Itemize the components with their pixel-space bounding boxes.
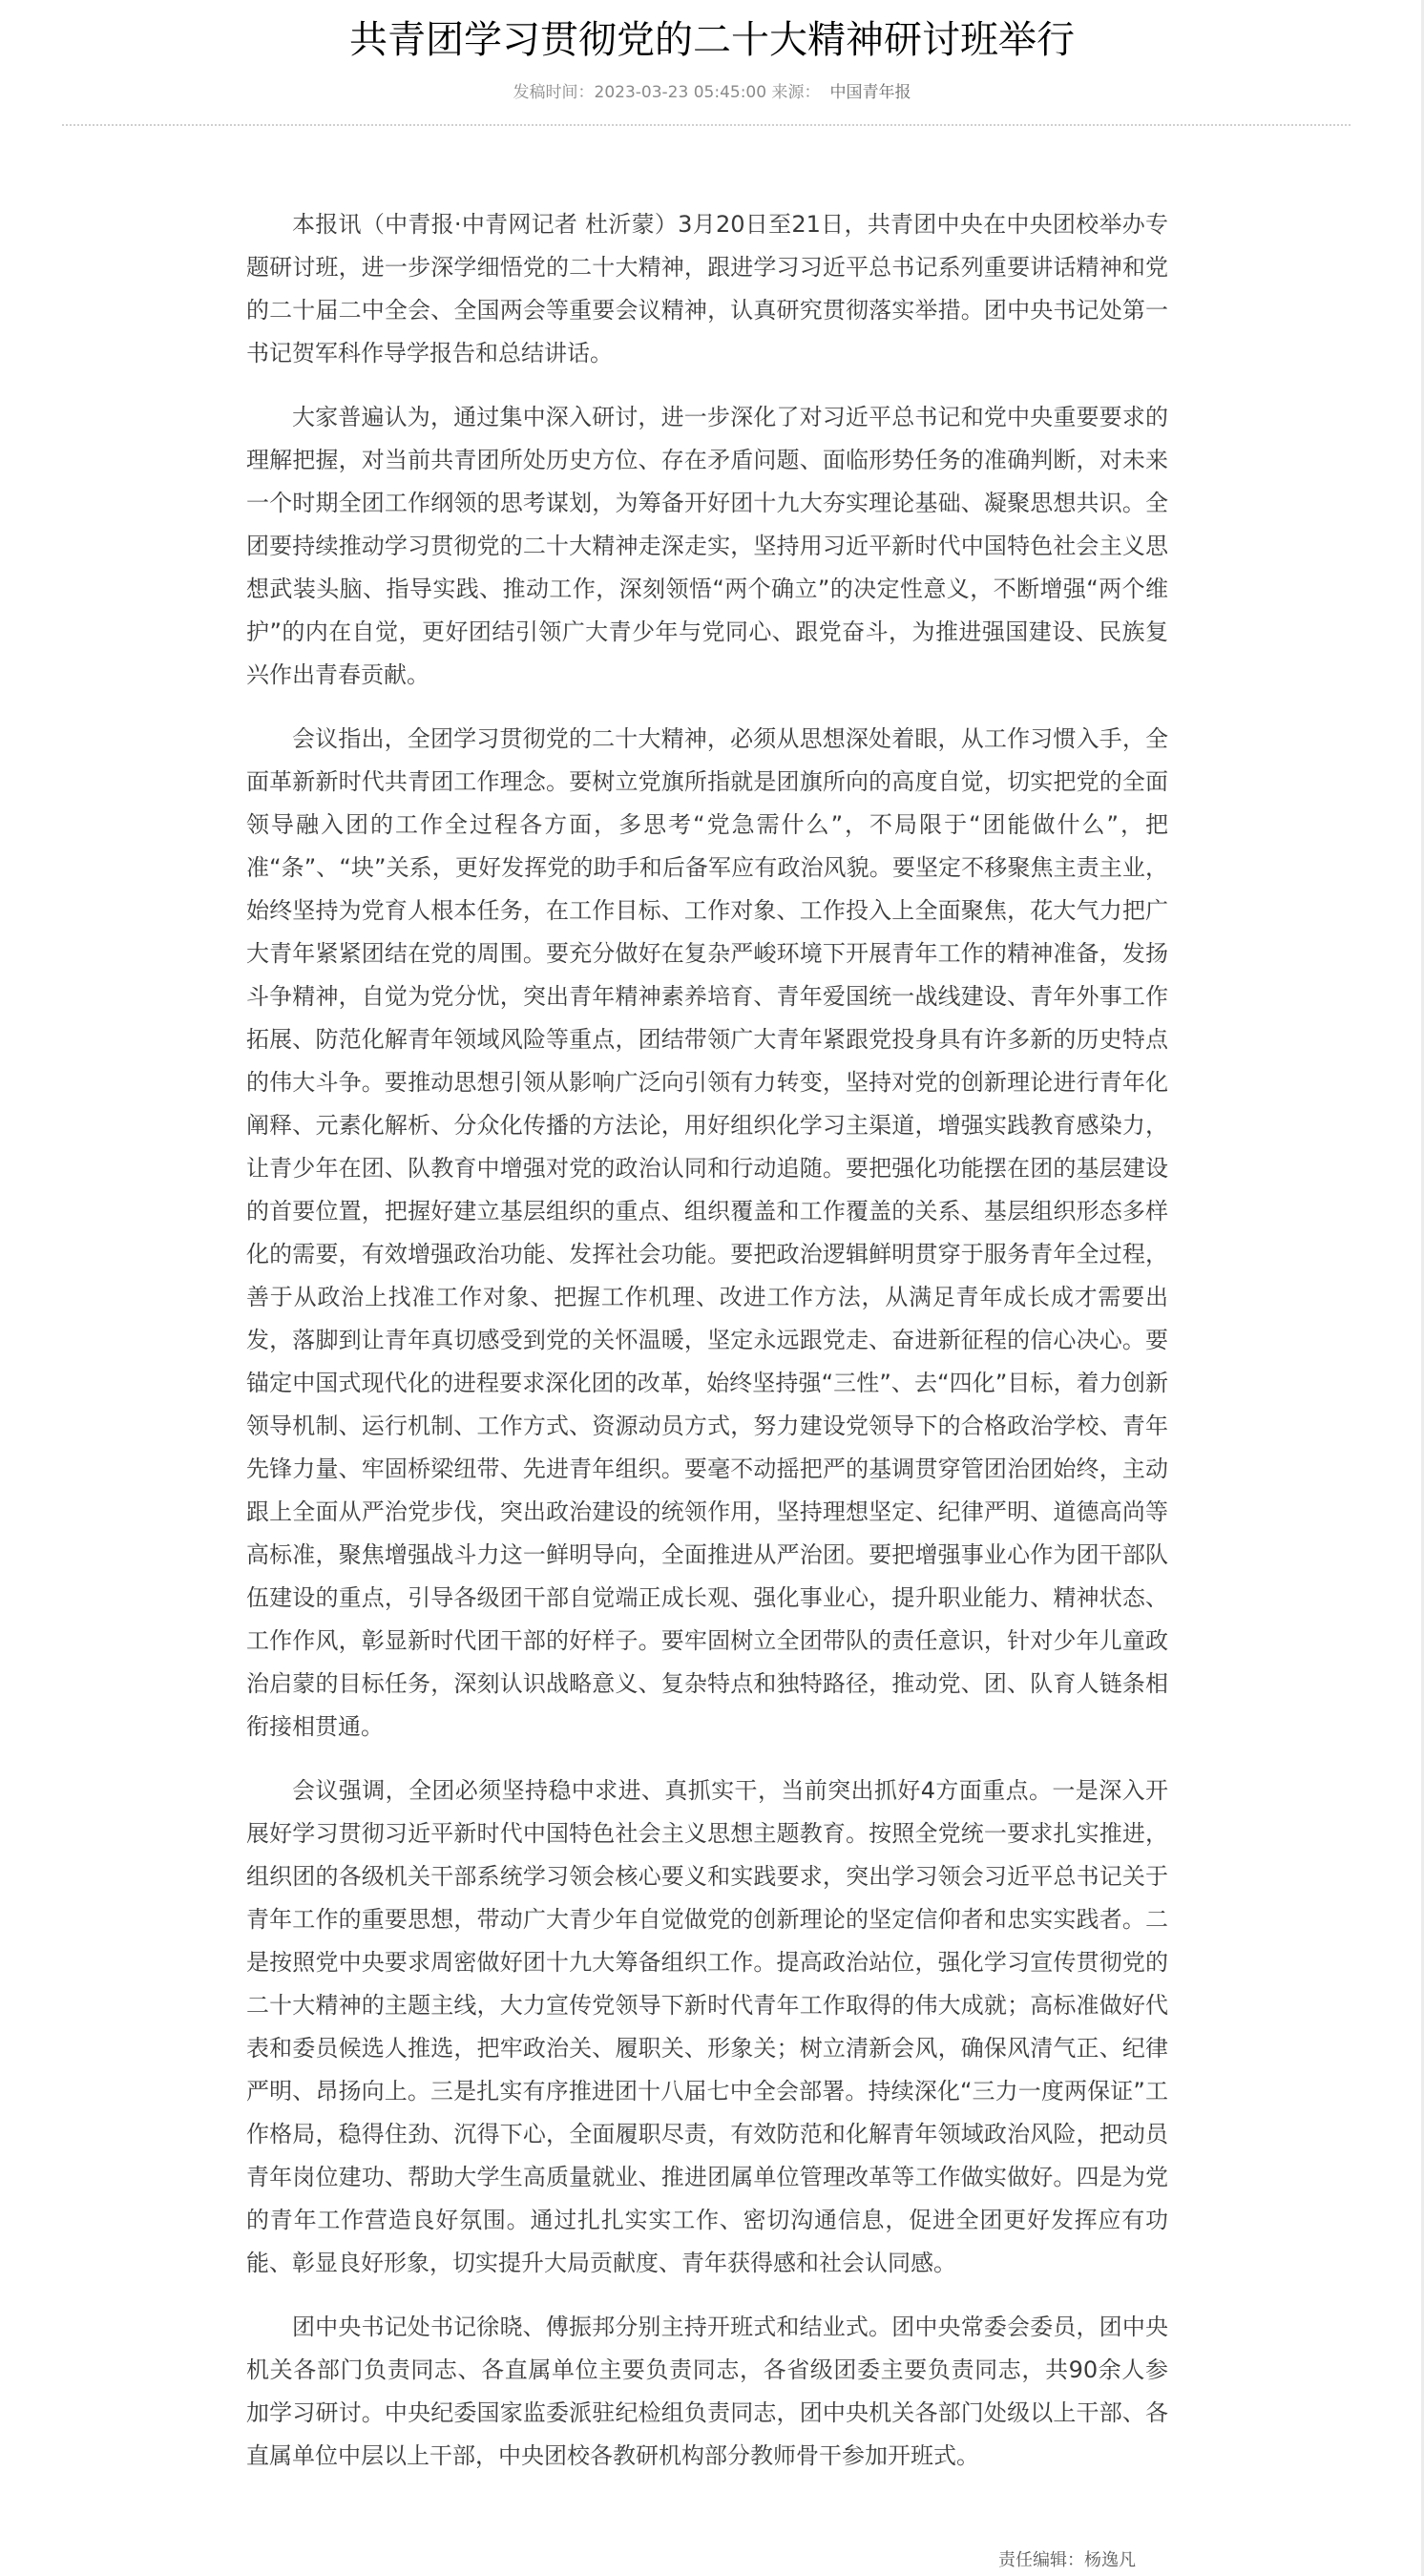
- publish-time-label: 发稿时间：: [513, 83, 595, 102]
- article-meta: 发稿时间：2023-03-23 05:45:00 来源：中国青年报: [0, 82, 1424, 103]
- article-paragraph: 会议指出，全团学习贯彻党的二十大精神，必须从思想深处着眼，从工作习惯入手，全面革…: [246, 718, 1168, 1749]
- article-paragraph: 团中央书记处书记徐晓、傅振邦分别主持开班式和结业式。团中央常委会委员，团中央机关…: [246, 2306, 1168, 2478]
- source-label: 来源：: [771, 83, 820, 102]
- source-name: 中国青年报: [829, 83, 911, 102]
- article-paragraph: 大家普遍认为，通过集中深入研讨，进一步深化了对习近平总书记和党中央重要要求的理解…: [246, 396, 1168, 697]
- article-header: 共青团学习贯彻党的二十大精神研讨班举行 发稿时间：2023-03-23 05:4…: [0, 0, 1424, 103]
- responsible-editor: 责任编辑：杨逸凡: [974, 2548, 1136, 2573]
- article-paragraph: 本报讯（中青报·中青网记者 杜沂蒙）3月20日至21日，共青团中央在中央团校举办…: [246, 203, 1168, 375]
- article-body: 本报讯（中青报·中青网记者 杜沂蒙）3月20日至21日，共青团中央在中央团校举办…: [246, 203, 1168, 2499]
- article-title: 共青团学习贯彻党的二十大精神研讨班举行: [0, 0, 1424, 69]
- article-paragraph: 会议强调，全团必须坚持稳中求进、真抓实干，当前突出抓好4方面重点。一是深入开展好…: [246, 1770, 1168, 2285]
- editor-label: 责任编辑：: [998, 2550, 1084, 2570]
- editor-name: 杨逸凡: [1084, 2550, 1136, 2570]
- header-divider: [62, 124, 1351, 126]
- publish-time: 2023-03-23 05:45:00: [595, 83, 767, 102]
